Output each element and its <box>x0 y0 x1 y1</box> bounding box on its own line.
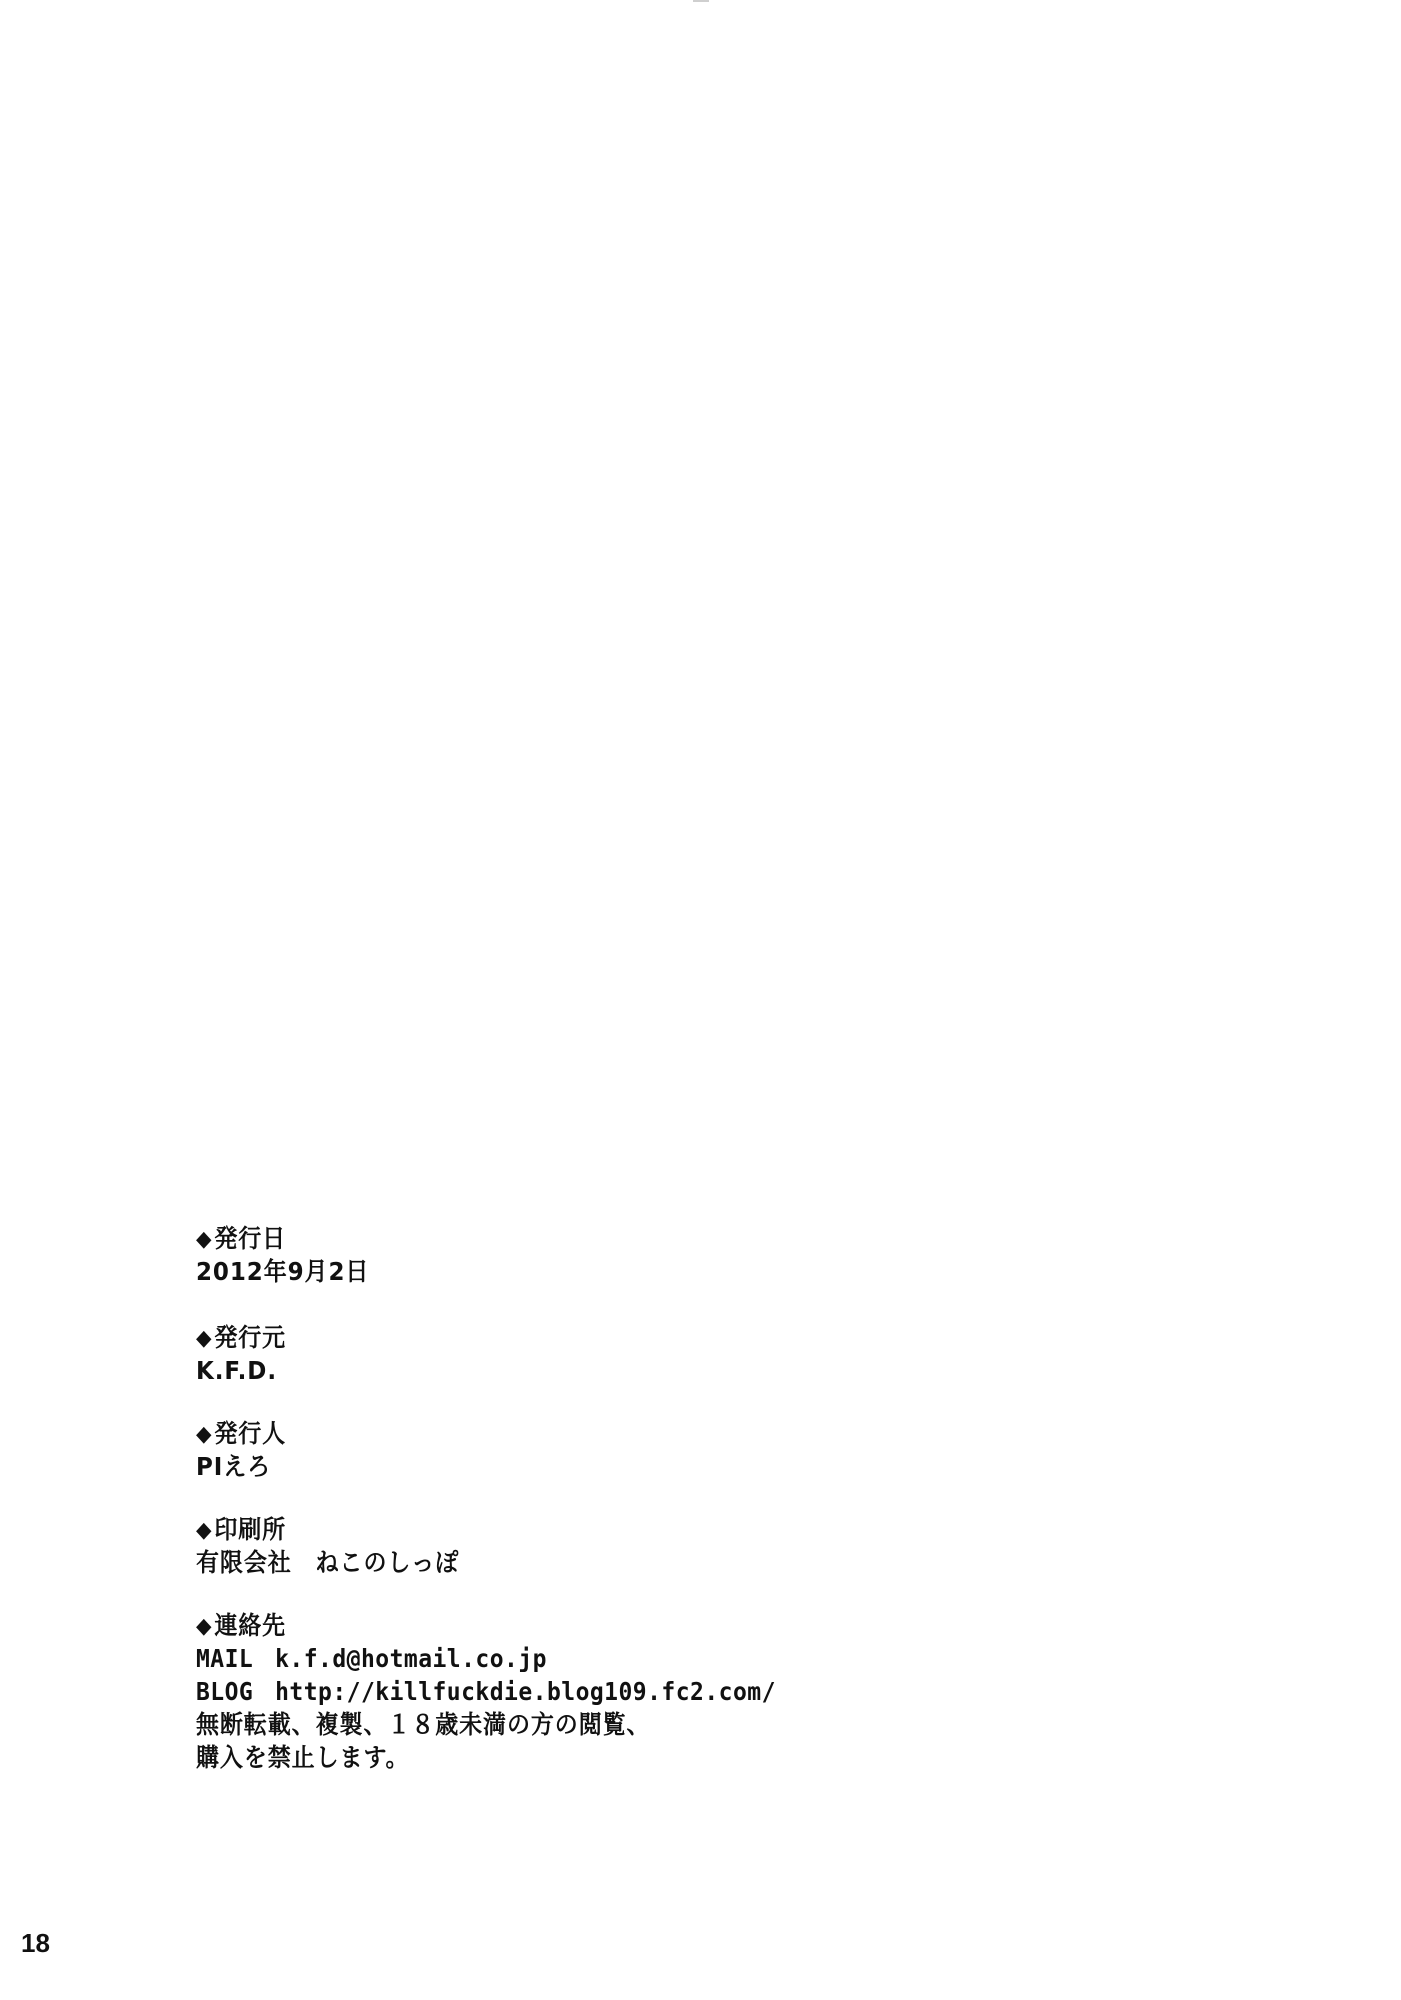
page-number: 18 <box>21 1928 50 1959</box>
section-heading-contact: ◆連絡先 <box>196 1609 1024 1642</box>
notice-line-1: 無断転載、複製、１８歳未満の方の閲覧、 <box>196 1708 1024 1741</box>
section-heading-printer: ◆印刷所 <box>196 1513 1024 1546</box>
mail-address: k.f.d@hotmail.co.jp <box>275 1644 547 1673</box>
section-heading-publisher: ◆発行元 <box>196 1321 1024 1354</box>
section-heading-issuer: ◆発行人 <box>196 1417 1024 1450</box>
notice-line-2: 購入を禁止します。 <box>196 1741 1024 1774</box>
document-page: ◆発行日 2012年9月2日 ◆発行元 K.F.D. ◆発行人 PIえろ ◆印刷… <box>0 0 1401 2000</box>
publisher-value: K.F.D. <box>196 1354 1024 1387</box>
scan-mark <box>693 0 709 2</box>
diamond-bullet-icon: ◆ <box>196 1223 212 1256</box>
publication-date-value: 2012年9月2日 <box>196 1255 1024 1288</box>
diamond-bullet-icon: ◆ <box>196 1322 212 1355</box>
colophon: ◆発行日 2012年9月2日 ◆発行元 K.F.D. ◆発行人 PIえろ ◆印刷… <box>196 1222 1096 1774</box>
contact-mail-row: MAILk.f.d@hotmail.co.jp <box>196 1642 1024 1675</box>
blog-url: http://killfuckdie.blog109.fc2.com/ <box>275 1677 776 1706</box>
issuer-value: PIえろ <box>196 1450 1024 1483</box>
section-heading-publication-date: ◆発行日 <box>196 1222 1024 1255</box>
blog-label: BLOG <box>196 1675 275 1708</box>
heading-label: 連絡先 <box>214 1611 286 1640</box>
heading-label: 印刷所 <box>214 1515 286 1544</box>
diamond-bullet-icon: ◆ <box>196 1610 212 1643</box>
heading-label: 発行元 <box>214 1323 286 1352</box>
heading-label: 発行人 <box>214 1419 286 1448</box>
diamond-bullet-icon: ◆ <box>196 1514 212 1547</box>
heading-label: 発行日 <box>214 1224 286 1253</box>
diamond-bullet-icon: ◆ <box>196 1418 212 1451</box>
printer-value: 有限会社 ねこのしっぽ <box>196 1546 1024 1579</box>
contact-blog-row: BLOGhttp://killfuckdie.blog109.fc2.com/ <box>196 1675 1024 1708</box>
mail-label: MAIL <box>196 1642 275 1675</box>
